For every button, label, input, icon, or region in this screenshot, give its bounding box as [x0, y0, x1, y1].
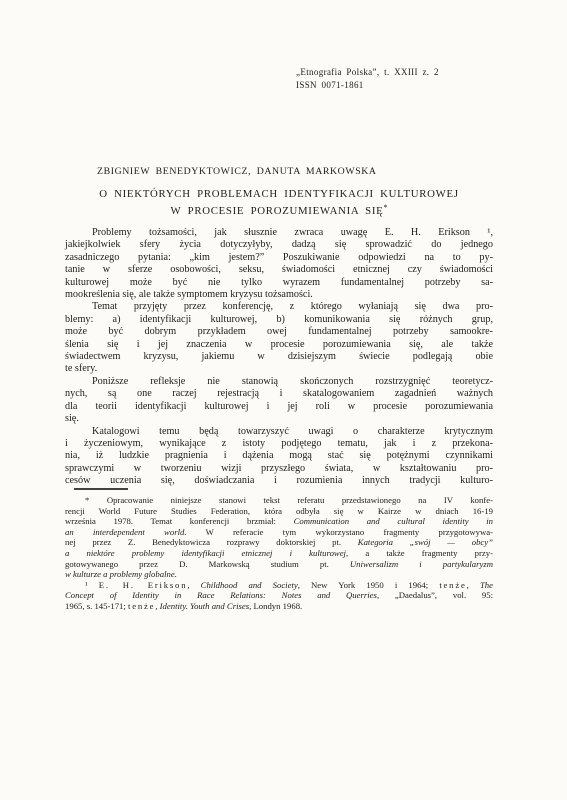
body-line: Problemy tożsamości, jak słusznie zwraca…	[65, 227, 493, 239]
body-line: dla teorii identyfikacji kulturowej i je…	[65, 401, 493, 413]
text-run: blemy: a) identyfikacji kulturowej, b) k…	[65, 314, 493, 325]
text-run: świadectwem kryzysu, jakiemu w dzisiejsz…	[65, 351, 493, 362]
body-line: się.	[65, 413, 493, 425]
footnote-line: września 1978. Temat konferencji brzmiał…	[65, 516, 493, 527]
article-title: O NIEKTÓRYCH PROBLEMACH IDENTYFIKACJI KU…	[65, 187, 493, 218]
footnote-line: gotowywanego przez D. Markowską studium …	[65, 559, 493, 570]
article-title-line2: W PROCESIE POROZUMIEWANIA SIĘ*	[65, 201, 493, 218]
italic-text-run: Identity. Youth and Crises	[160, 601, 249, 611]
body-line: nych, są one raczej rejestracją i skatal…	[65, 388, 493, 400]
journal-page: „Etnografia Polska”, t. XXIII z. 2 ISSN …	[0, 0, 567, 800]
italic-text-run: Communication and cultural identity in	[294, 516, 493, 526]
text-run: jakiejkolwiek sfery życia dotyczyłyby, d…	[65, 239, 493, 250]
text-run: W referacie tym wykorzystano fragmenty p…	[187, 527, 494, 537]
text-run: sprawczymi w tworzeniu wizji przyszłego …	[65, 463, 493, 474]
spaced-text-run: E. H. Erikson	[99, 580, 188, 590]
text-run: mookreślenia się, ale także symptomem kr…	[65, 289, 313, 300]
text-run: , Londyn 1968.	[249, 601, 302, 611]
journal-citation: „Etnografia Polska”, t. XXIII z. 2	[296, 66, 439, 79]
body-paragraph: Katalogowi temu będą towarzyszyć uwagi o…	[65, 426, 493, 488]
text-run: gotowywanego przez D. Markowską studium …	[65, 559, 350, 569]
text-run: zasadniczego pytania: „kim jestem?” Posz…	[65, 252, 493, 263]
text-run: i życzeniowym, wynikające z istoty podję…	[65, 438, 493, 449]
journal-issn: ISSN 0071-1861	[296, 79, 439, 92]
footnote-line: a niektóre problemy identyfikacji etnicz…	[65, 548, 493, 559]
footnote: * Opracowanie niniejsze stanowi tekst re…	[65, 495, 493, 580]
text-run: * Opracowanie niniejsze stanowi tekst re…	[85, 495, 493, 505]
body-line: te sfery.	[65, 363, 493, 375]
text-run: te sfery.	[65, 363, 97, 374]
text-run: września 1978. Temat konferencji brzmiał…	[65, 516, 294, 526]
body-line: Temat przyjęty przez konferencję, z któr…	[65, 301, 493, 313]
body-line: sprawczymi w tworzeniu wizji przyszłego …	[65, 463, 493, 475]
body-line: Poniższe refleksje nie stanowią skończon…	[65, 376, 493, 388]
text-run: nia, iż ludzkie pragnienia i dążenia mog…	[65, 450, 493, 461]
footnote-line: * Opracowanie niniejsze stanowi tekst re…	[65, 495, 493, 506]
body-line: i życzeniowym, wynikające z istoty podję…	[65, 438, 493, 450]
footnote-line: rencji World Future Studies Federation, …	[65, 506, 493, 517]
text-run: Problemy tożsamości, jak słusznie zwraca…	[92, 227, 493, 238]
text-run: , „Daedalus”, vol. 95:	[377, 590, 493, 600]
italic-text-run: Kategoria „swój — obcy”	[358, 537, 493, 547]
footnote-line: w kulturze a problemy globalne.	[65, 569, 493, 580]
body-line: kulturowej może być nie tylko wyrazem fu…	[65, 277, 493, 289]
footnote-line: Concept of Identity in Race Relations: N…	[65, 590, 493, 601]
footnote-separator	[74, 488, 128, 490]
text-run: ,	[187, 580, 200, 590]
italic-text-run: Childhood and Society	[201, 580, 298, 590]
italic-text-run: The	[480, 580, 493, 590]
title-footnote-mark: *	[383, 203, 387, 212]
body-line: może być dobrym przykładem owej fundamen…	[65, 326, 493, 338]
body-paragraph: Temat przyjęty przez konferencję, z któr…	[65, 301, 493, 375]
footnote-line: nej przez Z. Benedyktowicza rozprawy dok…	[65, 537, 493, 548]
text-run: się.	[65, 413, 79, 424]
text-run: Temat przyjęty przez konferencję, z któr…	[92, 301, 493, 312]
italic-text-run: a niektóre problemy identyfikacji etnicz…	[65, 548, 346, 558]
text-run: 1965, s. 145-171;	[65, 601, 128, 611]
text-run: nej przez Z. Benedyktowicza rozprawy dok…	[65, 537, 358, 547]
authors-byline: ZBIGNIEW BENEDYKTOWICZ, DANUTA MARKOWSKA	[97, 166, 377, 177]
text-run: tanie w sferze osobowości, seksu, świado…	[65, 264, 493, 275]
body-line: tanie w sferze osobowości, seksu, świado…	[65, 264, 493, 276]
text-run: rencji World Future Studies Federation, …	[65, 506, 493, 516]
article-title-line1: O NIEKTÓRYCH PROBLEMACH IDENTYFIKACJI KU…	[65, 187, 493, 201]
body-line: nia, iż ludzkie pragnienia i dążenia mog…	[65, 450, 493, 462]
body-line: Katalogowi temu będą towarzyszyć uwagi o…	[65, 426, 493, 438]
text-run: dla teorii identyfikacji kulturowej i je…	[65, 401, 493, 412]
spaced-text-run: tenże	[439, 580, 466, 590]
footnote-line: ¹ E. H. Erikson, Childhood and Society, …	[65, 580, 493, 591]
italic-text-run: an interdependent world.	[65, 527, 187, 537]
text-run: nych, są one raczej rejestracją i skatal…	[65, 388, 493, 399]
body-paragraph: Poniższe refleksje nie stanowią skończon…	[65, 376, 493, 426]
text-run: ślenia się i jej znaczenia w procesie po…	[65, 339, 493, 350]
body-line: mookreślenia się, ale także symptomem kr…	[65, 289, 493, 301]
footnote: ¹ E. H. Erikson, Childhood and Society, …	[65, 580, 493, 612]
text-run: ,	[467, 580, 480, 590]
text-run: , a także fragmenty przy-	[346, 548, 493, 558]
text-run: kulturowej może być nie tylko wyrazem fu…	[65, 277, 493, 288]
spaced-text-run: tenże	[128, 601, 155, 611]
italic-text-run: Concept of Identity in Race Relations: N…	[65, 590, 377, 600]
footnote-line: 1965, s. 145-171; tenże, Identity. Youth…	[65, 601, 493, 612]
body-line: cesów uczenia się, doświadczania i rozum…	[65, 475, 493, 487]
body-paragraph: Problemy tożsamości, jak słusznie zwraca…	[65, 227, 493, 301]
text-run: Poniższe refleksje nie stanowią skończon…	[92, 376, 493, 387]
body-line: zasadniczego pytania: „kim jestem?” Posz…	[65, 252, 493, 264]
text-run: cesów uczenia się, doświadczania i rozum…	[65, 475, 493, 486]
body-line: jakiejkolwiek sfery życia dotyczyłyby, d…	[65, 239, 493, 251]
body-line: świadectwem kryzysu, jakiemu w dzisiejsz…	[65, 351, 493, 363]
italic-text-run: Uniwersalizm i partykularyzm	[350, 559, 493, 569]
text-run: , New York 1950 i 1964;	[298, 580, 440, 590]
text-run: może być dobrym przykładem owej fundamen…	[65, 326, 493, 337]
body-line: blemy: a) identyfikacji kulturowej, b) k…	[65, 314, 493, 326]
journal-masthead: „Etnografia Polska”, t. XXIII z. 2 ISSN …	[296, 66, 439, 91]
footnotes-block: * Opracowanie niniejsze stanowi tekst re…	[65, 495, 493, 612]
body-line: ślenia się i jej znaczenia w procesie po…	[65, 339, 493, 351]
article-title-line2-text: W PROCESIE POROZUMIEWANIA SIĘ	[171, 205, 384, 217]
italic-text-run: w kulturze a problemy globalne.	[65, 569, 177, 579]
article-body: Problemy tożsamości, jak słusznie zwraca…	[65, 227, 493, 488]
text-run: Katalogowi temu będą towarzyszyć uwagi o…	[92, 426, 493, 437]
footnote-line: an interdependent world. W referacie tym…	[65, 527, 493, 538]
text-run: ¹	[85, 580, 99, 590]
